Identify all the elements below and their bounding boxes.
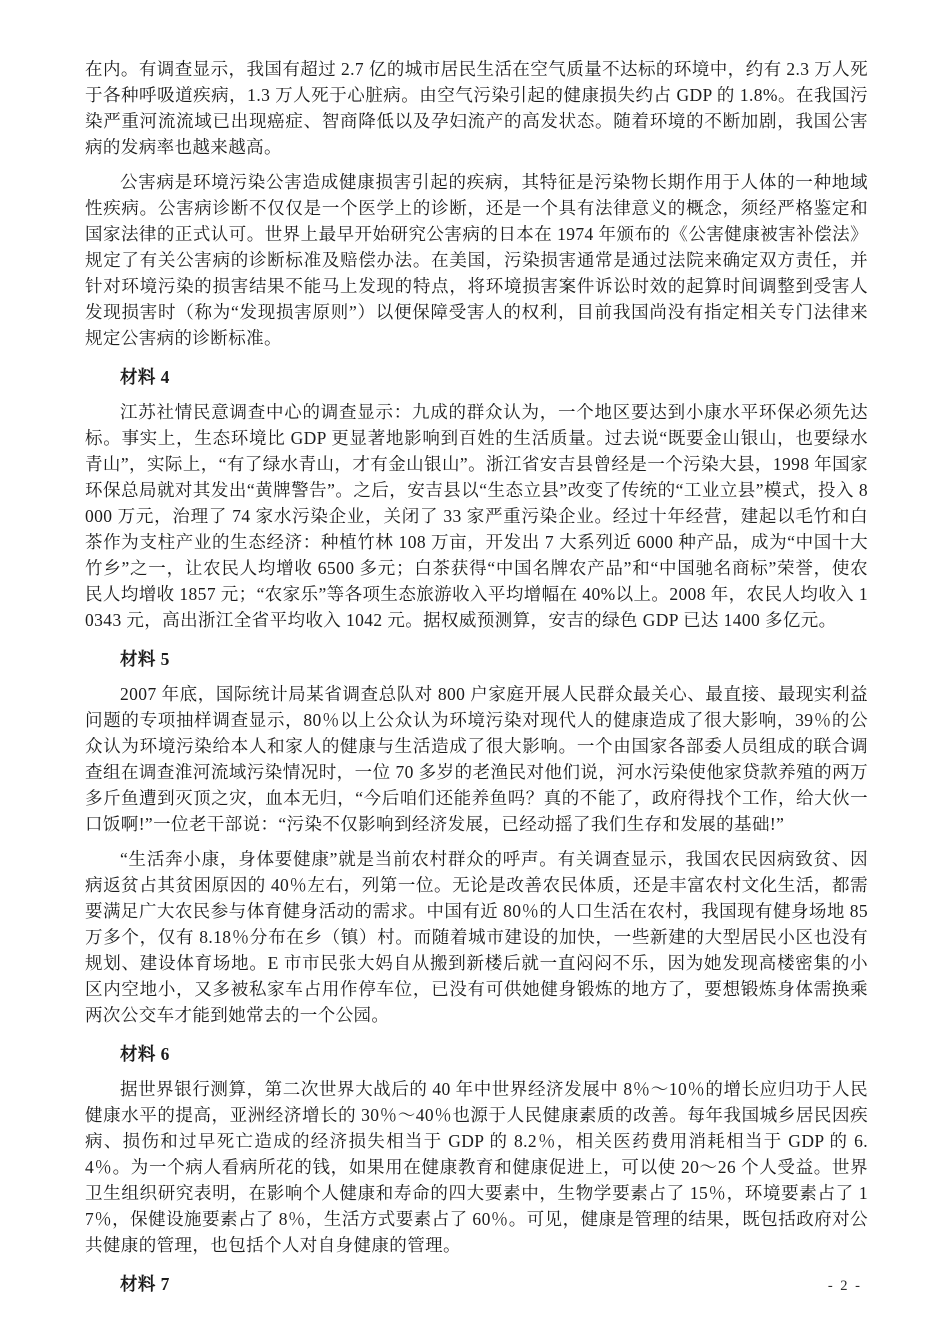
paragraph-pollution-disease-law: 公害病是环境污染公害造成健康损害引起的疾病，其特征是污染物长期作用于人体的一种地…	[85, 169, 868, 351]
document-page: 在内。有调查显示，我国有超过 2.7 亿的城市居民生活在空气质量不达标的环境中，…	[0, 0, 950, 1344]
page-number: - 2 -	[828, 1278, 862, 1295]
heading-material-4: 材料 4	[85, 364, 868, 390]
paragraph-air-pollution-continued: 在内。有调查显示，我国有超过 2.7 亿的城市居民生活在空气质量不达标的环境中，…	[85, 56, 868, 160]
heading-material-7: 材料 7	[85, 1271, 868, 1297]
paragraph-material-5-survey: 2007 年底，国际统计局某省调查总队对 800 户家庭开展人民群众最关心、最直…	[85, 681, 868, 837]
paragraph-material-6-health-economy: 据世界银行测算，第二次世界大战后的 40 年中世界经济发展中 8％～10％的增长…	[85, 1076, 868, 1258]
heading-material-5: 材料 5	[85, 646, 868, 672]
document-body: 在内。有调查显示，我国有超过 2.7 亿的城市居民生活在空气质量不达标的环境中，…	[85, 56, 868, 1297]
paragraph-material-5-rural-fitness: “生活奔小康，身体要健康”就是当前农村群众的呼声。有关调查显示，我国农民因病致贫…	[85, 846, 868, 1028]
paragraph-material-4-anji: 江苏社情民意调查中心的调查显示：九成的群众认为，一个地区要达到小康水平环保必须先…	[85, 399, 868, 633]
heading-material-6: 材料 6	[85, 1041, 868, 1067]
